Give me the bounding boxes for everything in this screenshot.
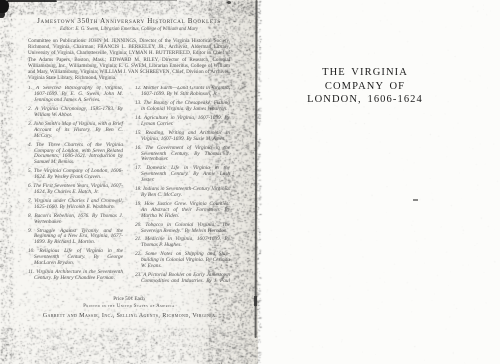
- page-edge-mark: [254, 296, 257, 306]
- booklet-item: 15. Reading, Writing and Arithmetic in V…: [135, 131, 230, 143]
- booklet-item: 14. Agriculture in Virginia, 1607-1699. …: [135, 116, 230, 128]
- scan-top-edge-line: [7, 0, 57, 2]
- printed-line: Printed in the United States of America: [10, 304, 248, 310]
- booklet-item: 8. Bacon's Rebellion, 1676. By Thomas J.…: [28, 214, 123, 226]
- booklet-item: 20. Tobacco in Colonial Virginia: "The S…: [135, 223, 230, 235]
- booklet-list-column-2: 12. Mother Earth—Land Grants in Virginia…: [135, 86, 230, 284]
- booklet-item: 13. The Bounty of the Chesapeake; Fishin…: [135, 101, 230, 113]
- scanned-book-spread: Jamestown 350th Anniversary Historical B…: [0, 0, 500, 364]
- half-title-line1: THE VIRGINIA COMPANY OF: [290, 66, 440, 93]
- booklet-item: 12. Mother Earth—Land Grants in Virginia…: [135, 86, 230, 98]
- booklet-item: 3. John Smith's Map of Virginia, with a …: [28, 122, 123, 140]
- booklet-item: 10. Religious Life of Virginia in the Se…: [28, 249, 123, 267]
- half-title-line2: LONDON, 1606-1624: [290, 93, 440, 107]
- booklet-item: 1. A Selected Bibliography of Virginia, …: [28, 86, 123, 104]
- booklet-item: 21. Medicine in Virginia, 1607-1699. By …: [135, 237, 230, 249]
- price-line: Price 50¢ Each: [10, 296, 248, 302]
- left-page-content: Jamestown 350th Anniversary Historical B…: [28, 17, 230, 284]
- booklet-item: 5. The Virginia Company of London, 1606-…: [28, 169, 123, 181]
- booklet-item: 6. The First Seventeen Years, Virginia, …: [28, 184, 123, 196]
- booklet-item: 2. A Virginia Chronology, 1585-1783. By …: [28, 107, 123, 119]
- booklet-item: 11. Virginia Architecture in the Sevente…: [28, 270, 123, 282]
- booklet-item: 7. Virginia under Charles I and Cromwell…: [28, 199, 123, 211]
- left-page: Jamestown 350th Anniversary Historical B…: [0, 0, 258, 364]
- committee-paragraph: Committee on Publications: JOHN M. JENNI…: [28, 38, 230, 81]
- booklet-item: 18. Indians in Seventeenth-Century Virgi…: [135, 187, 230, 199]
- right-page: [258, 0, 500, 364]
- booklet-item: 4. The Three Charters of the Virginia Co…: [28, 143, 123, 167]
- series-title: Jamestown 350th Anniversary Historical B…: [28, 17, 230, 25]
- half-title: THE VIRGINIA COMPANY OF LONDON, 1606-162…: [290, 66, 440, 107]
- publisher-line: Garrett and Massie, Inc., Selling Agents…: [10, 313, 248, 320]
- booklet-item: 19. How Justice Grew. Virginia Counties:…: [135, 202, 230, 220]
- booklet-list-column-1: 1. A Selected Bibliography of Virginia, …: [28, 86, 123, 284]
- booklet-list: 1. A Selected Bibliography of Virginia, …: [28, 86, 230, 284]
- left-page-footer: Price 50¢ Each Printed in the United Sta…: [10, 296, 248, 320]
- booklet-item: 16. The Government of Virginia in the Se…: [135, 146, 230, 164]
- booklet-item: 23. A Pictorial Booklet on Early Jamesto…: [135, 273, 230, 284]
- booklet-item: 17. Domestic Life in Virginia in the Sev…: [135, 166, 230, 184]
- scan-top-edge-line-faint: [57, 0, 177, 1]
- booklet-item: 22. Some Notes on Shipping and Ship-buil…: [135, 252, 230, 270]
- right-page-stray-mark: [413, 199, 418, 201]
- scan-page-corner-mark: [227, 1, 231, 4]
- editor-line: Editor: E. G. Swem, Librarian Emeritus, …: [28, 27, 230, 33]
- booklet-item: 9. Struggle Against Tyranny and the Begi…: [28, 229, 123, 247]
